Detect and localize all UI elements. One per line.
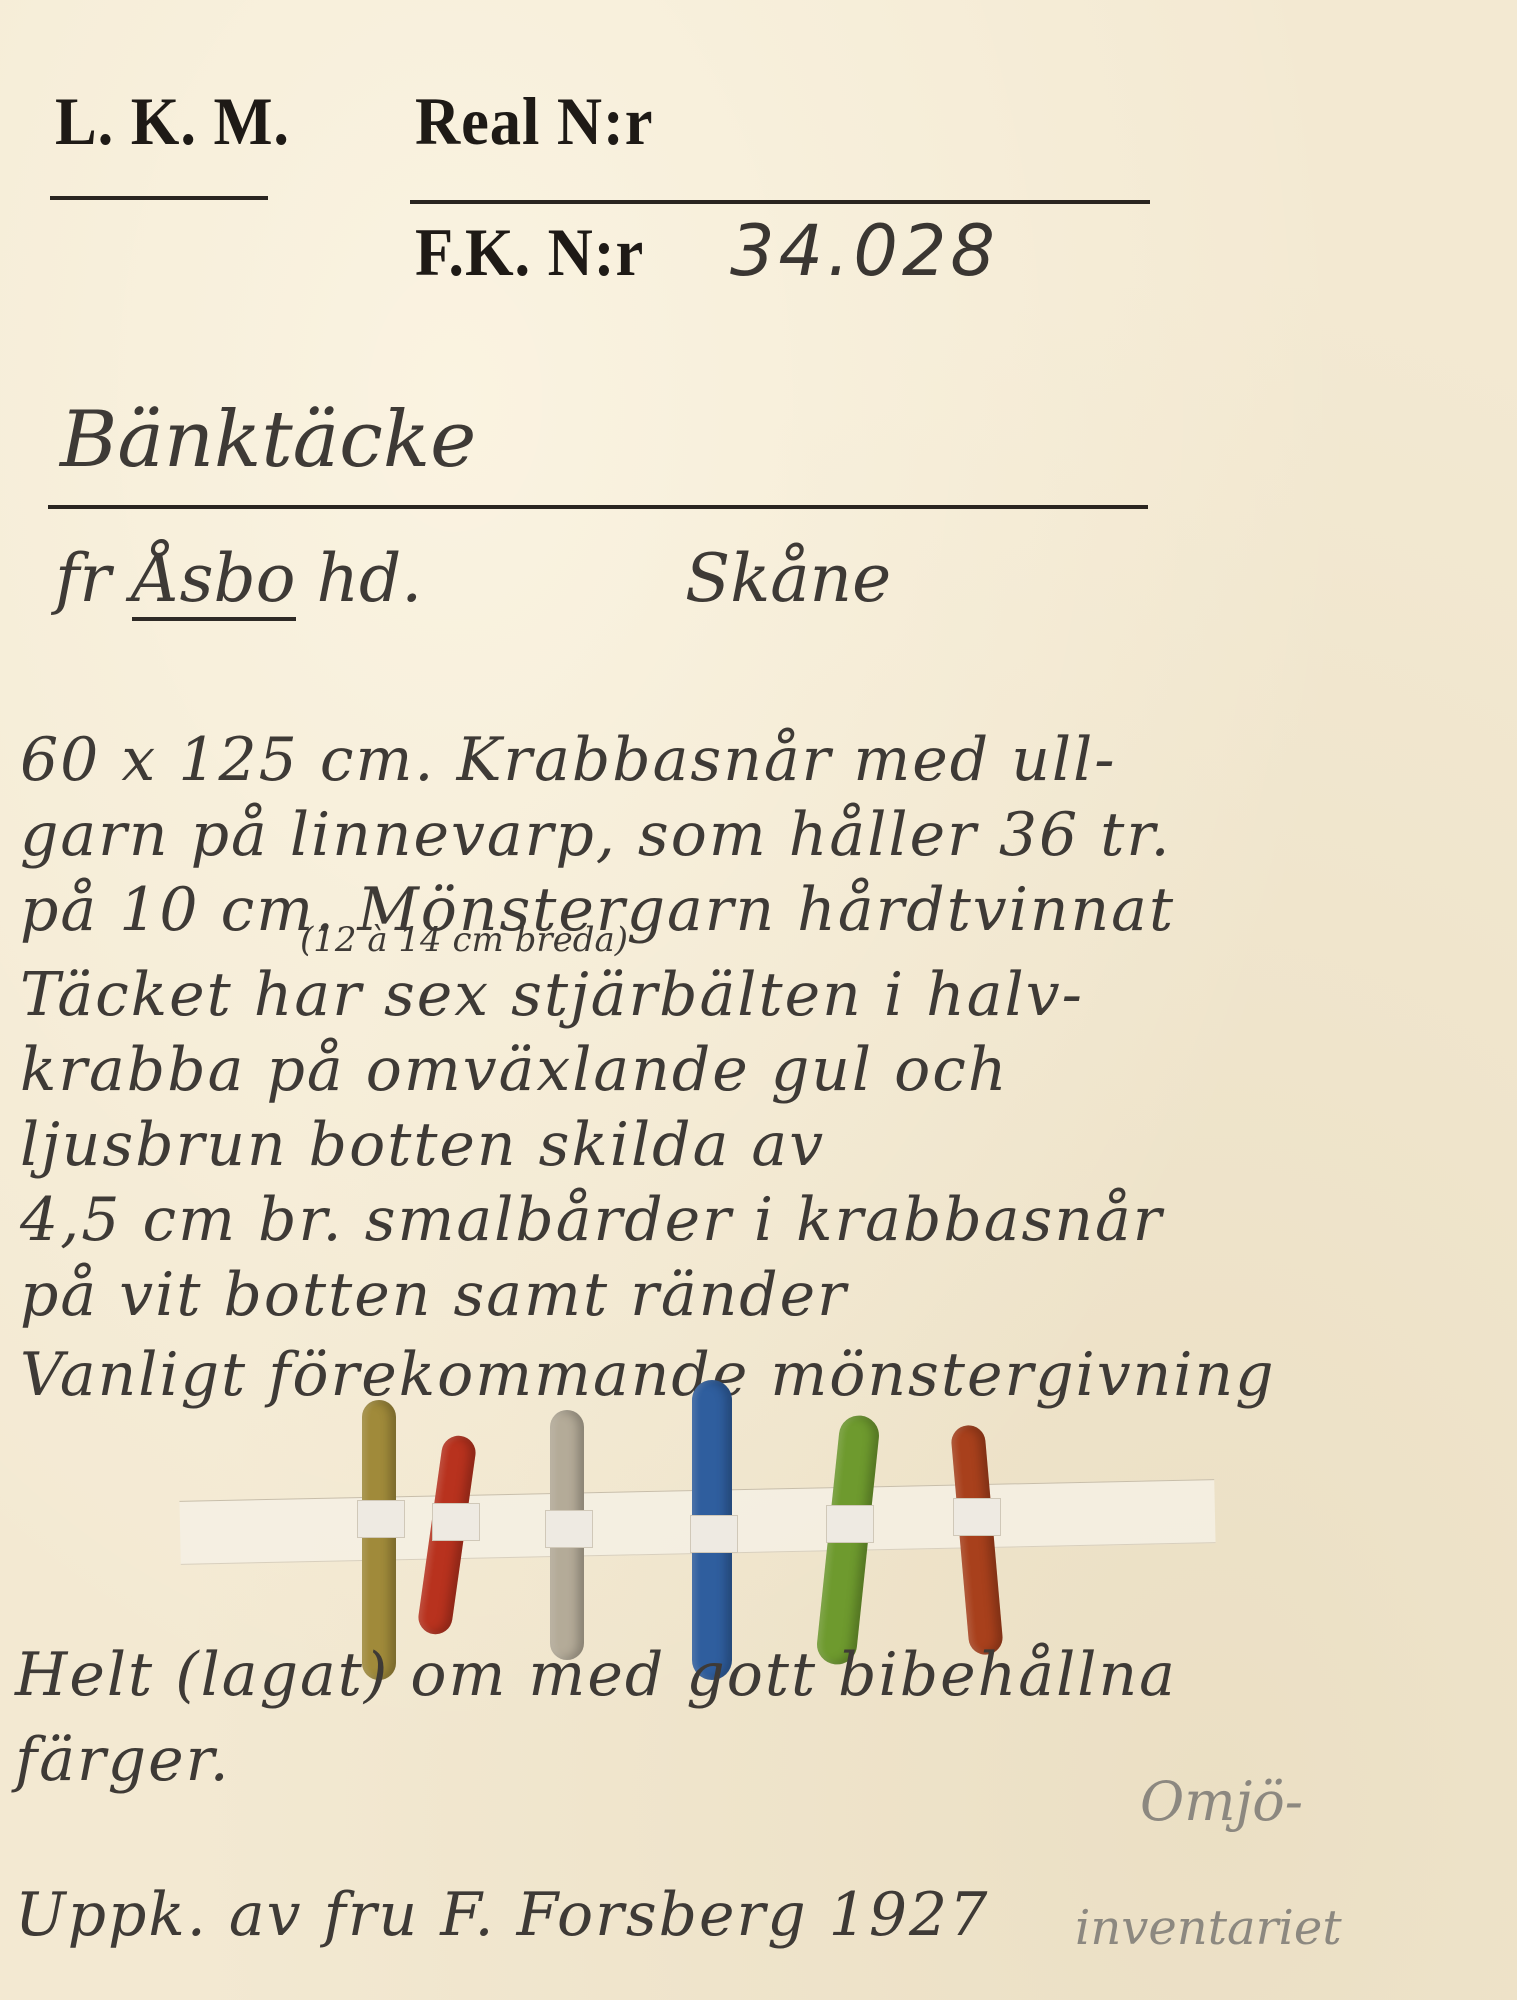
- pencil-note-line-2: inventariet: [1075, 1900, 1342, 1956]
- description-line-5: krabba på omväxlande gul och: [20, 1035, 1009, 1105]
- description-line-8: på vit botten samt ränder: [20, 1260, 848, 1330]
- tape-loop: [826, 1505, 874, 1543]
- institution-rule: [50, 196, 268, 200]
- real-nr-label: Real N:r: [415, 82, 653, 161]
- description-line-6: ljusbrun botten skilda av: [20, 1110, 825, 1180]
- description-line-2: garn på linnevarp, som håller 36 tr.: [20, 800, 1172, 870]
- origin-line: fr Åsbo hd.: [55, 540, 422, 617]
- origin-district-suffix: hd.: [316, 540, 422, 617]
- fk-nr-label: F.K. N:r: [415, 213, 644, 292]
- yarn-sample-olive: [362, 1400, 396, 1680]
- tape-loop: [545, 1510, 593, 1548]
- description-insertion: (12 à 14 cm breda): [300, 920, 628, 960]
- description-line-7: 4,5 cm br. smalbårder i krabbasnår: [20, 1185, 1163, 1255]
- institution-label: L. K. M.: [55, 82, 290, 161]
- pencil-note-line-1: Omjö-: [1140, 1770, 1303, 1833]
- origin-province: Skåne: [685, 540, 891, 617]
- origin-district: Åsbo: [132, 540, 296, 621]
- description-line-9: Vanligt förekommande mönstergivning: [20, 1340, 1276, 1410]
- tape-loop: [690, 1515, 738, 1553]
- condition-line-1: Helt (lagat) om med gott bibehållna: [15, 1640, 1177, 1710]
- title-rule: [48, 505, 1148, 509]
- object-title: Bänktäcke: [60, 395, 476, 485]
- tape-loop: [432, 1503, 480, 1541]
- origin-from: fr: [55, 540, 111, 617]
- tape-loop: [357, 1500, 405, 1538]
- description-line-1: 60 x 125 cm. Krabbasnår med ull-: [20, 725, 1117, 795]
- acquisition-note: Uppk. av fru F. Forsberg 1927: [15, 1880, 989, 1950]
- real-nr-rule: [410, 200, 1150, 204]
- description-line-4: Täcket har sex stjärbälten i halv-: [20, 960, 1084, 1030]
- fk-nr-value: 34.028: [730, 210, 999, 292]
- condition-line-2: färger.: [15, 1725, 231, 1795]
- tape-loop: [953, 1498, 1001, 1536]
